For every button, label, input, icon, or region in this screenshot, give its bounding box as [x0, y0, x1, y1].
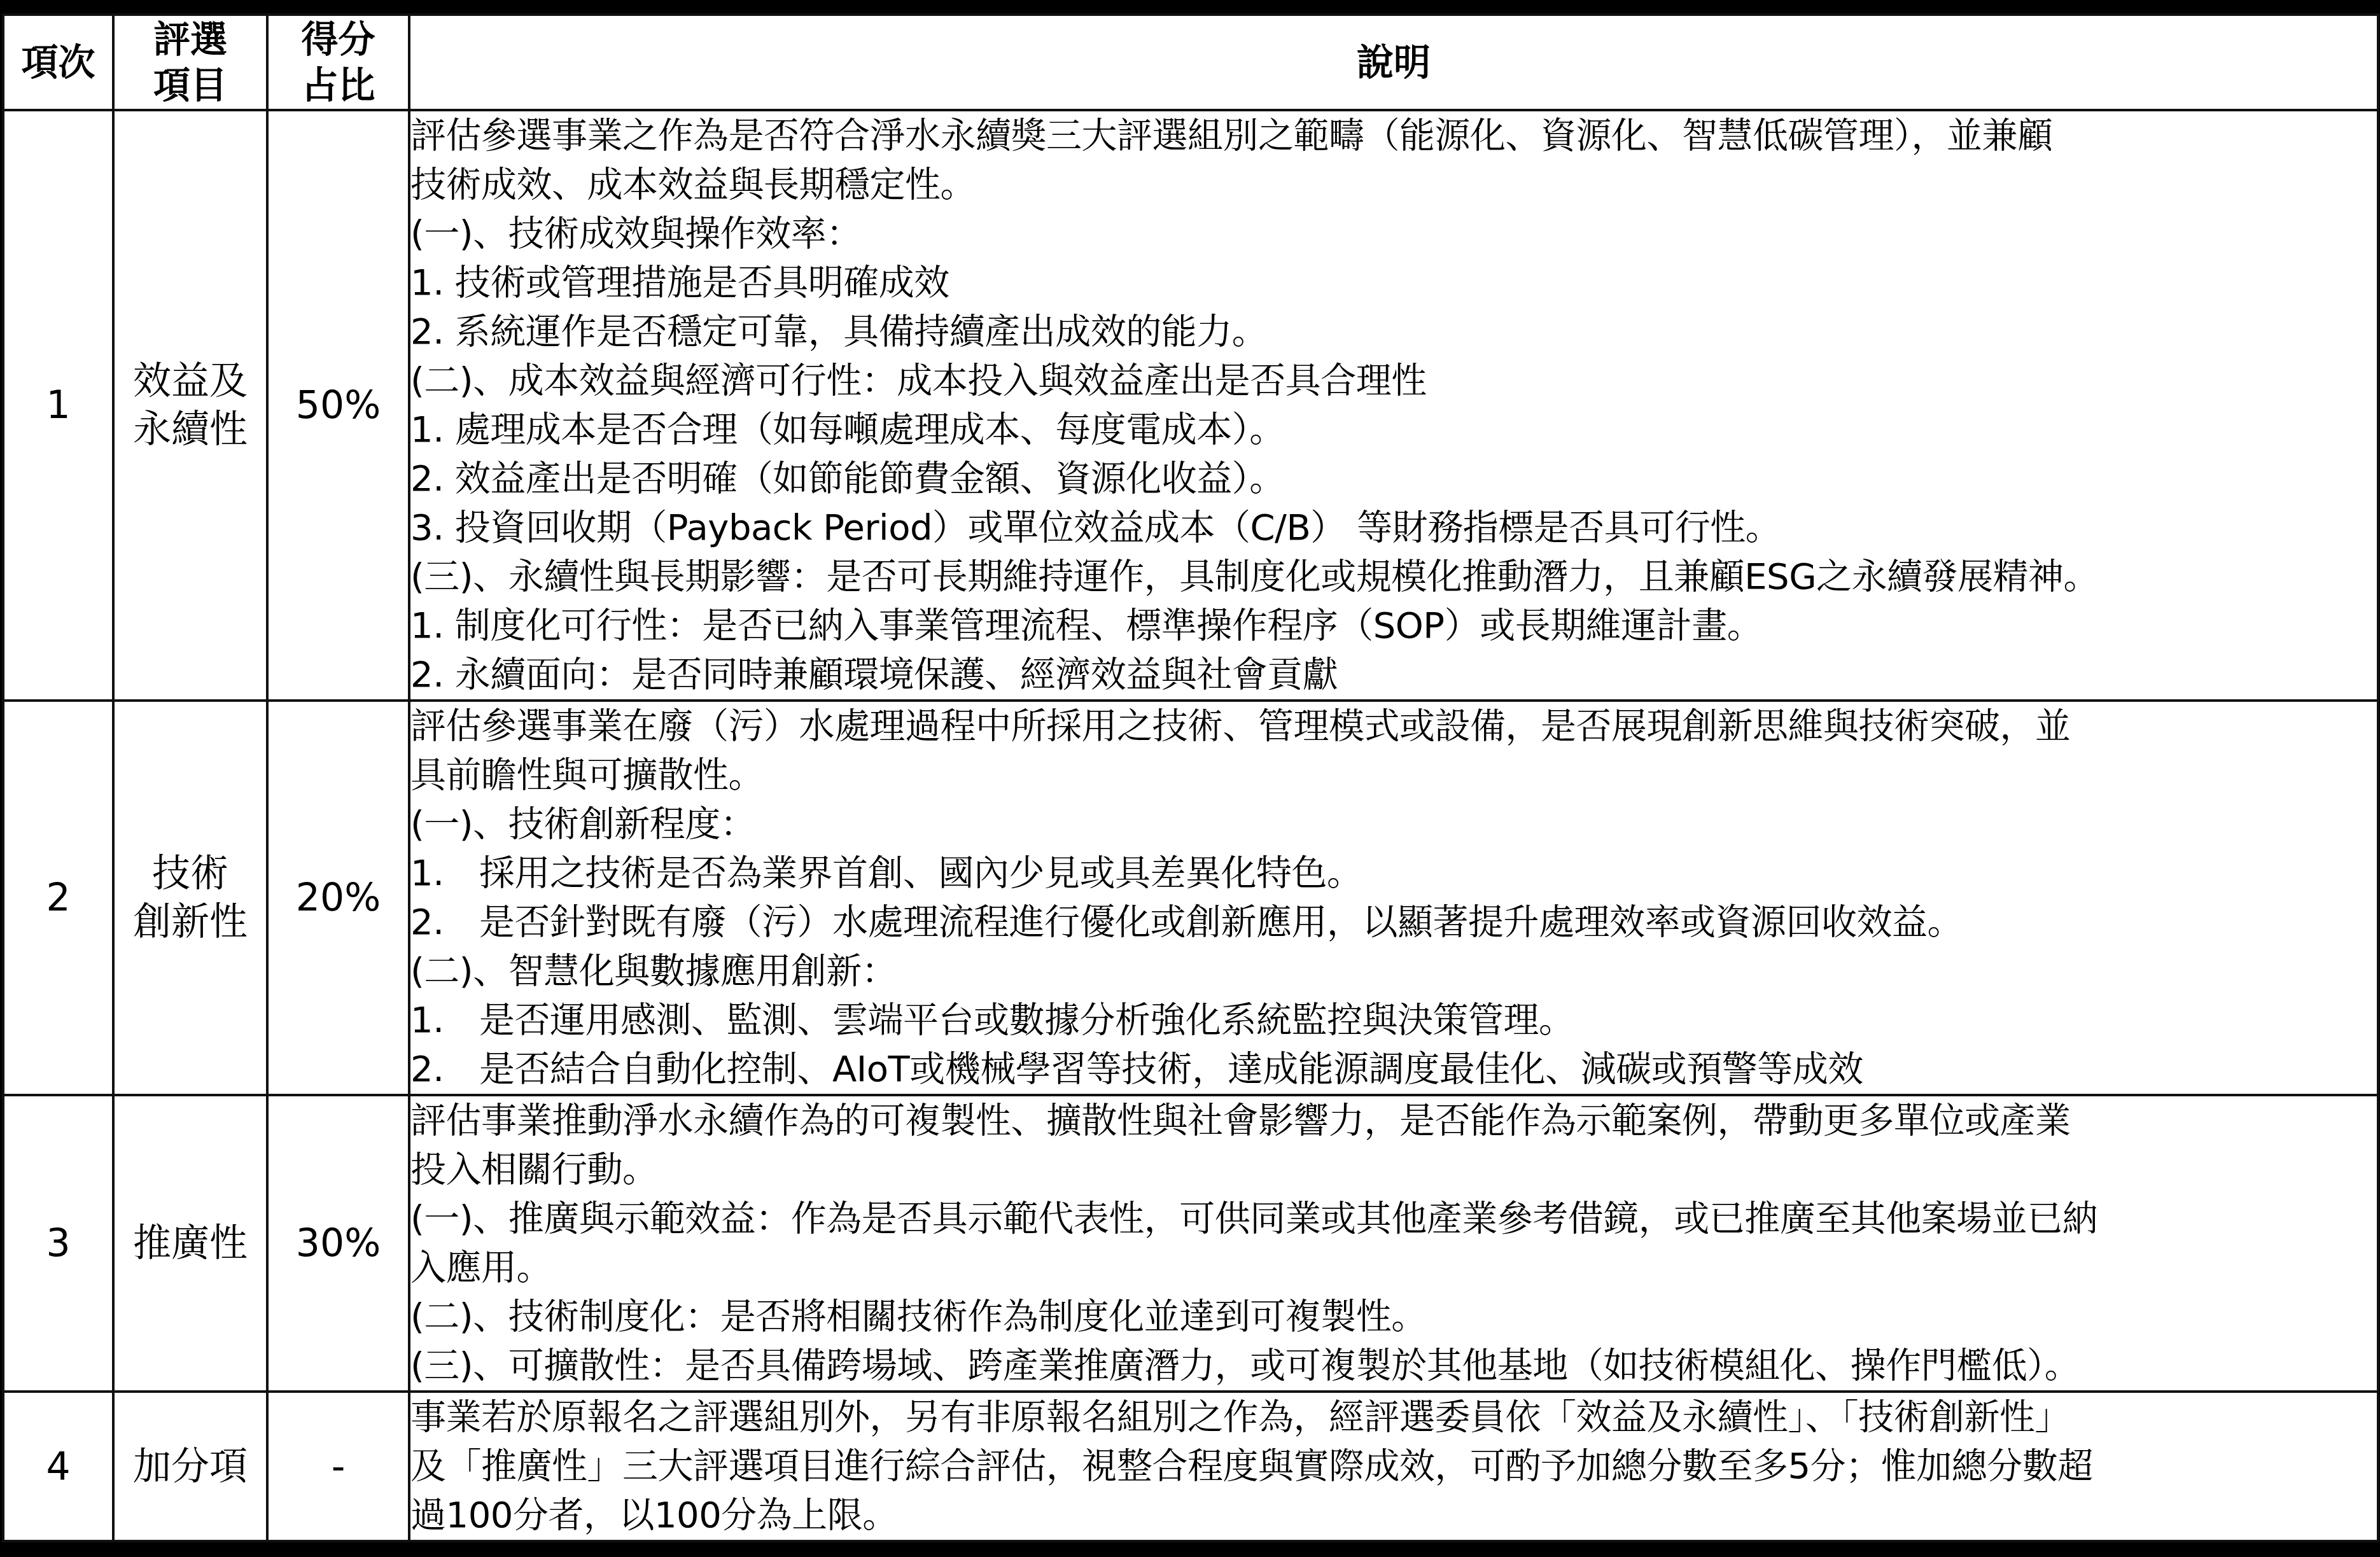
item-no-cell: 2: [3, 701, 113, 1095]
description-cell: 評估參選事業之作為是否符合淨水永續獎三大評選組別之範疇（能源化、資源化、智慧低碳…: [409, 110, 2378, 701]
description-line: 1. 採用之技術是否為業界首創、國內少見或具差異化特色。: [410, 849, 2377, 898]
table-row: 4 加分項 - 事業若於原報名之評選組別外，另有非原報名組別之作為，經評選委員依…: [3, 1392, 2378, 1541]
item-no-cell: 3: [3, 1095, 113, 1392]
header-weight: 得分 占比: [267, 15, 409, 110]
description-line: (一)、技術創新程度：: [410, 800, 2377, 849]
weight-cell: 20%: [267, 701, 409, 1095]
description-line: (二)、成本效益與經濟可行性：成本投入與效益產出是否具合理性: [410, 356, 2377, 405]
description-line: 2. 是否針對既有廢（污）水處理流程進行優化或創新應用，以顯著提升處理效率或資源…: [410, 898, 2377, 947]
description-line: 2. 永續面向：是否同時兼顧環境保護、經濟效益與社會貢獻: [410, 650, 2377, 699]
header-row: 項次 評選 項目 得分 占比 說明: [3, 15, 2378, 110]
document-page: 項次 評選 項目 得分 占比 說明 1 效益及: [0, 13, 2380, 1533]
description-cell: 評估事業推動淨水永續作為的可複製性、擴散性與社會影響力，是否能作為示範案例，帶動…: [409, 1095, 2378, 1392]
category-cell: 推廣性: [113, 1095, 267, 1392]
category-cell: 效益及 永續性: [113, 110, 267, 701]
description-line: 技術成效、成本效益與長期穩定性。: [410, 160, 2377, 209]
weight-cell: -: [267, 1392, 409, 1541]
description-line: 具前瞻性與可擴散性。: [410, 751, 2377, 800]
description-line: 1. 處理成本是否合理（如每噸處理成本、每度電成本）。: [410, 405, 2377, 454]
description-line: (二)、技術制度化：是否將相關技術作為制度化並達到可複製性。: [410, 1292, 2377, 1341]
weight-cell: 50%: [267, 110, 409, 701]
description-line: (一)、技術成效與操作效率：: [410, 209, 2377, 258]
table-row: 3 推廣性 30% 評估事業推動淨水永續作為的可複製性、擴散性與社會影響力，是否…: [3, 1095, 2378, 1392]
description-line: 投入相關行動。: [410, 1145, 2377, 1194]
table-row: 2 技術 創新性 20% 評估參選事業在廢（污）水處理過程中所採用之技術、管理模…: [3, 701, 2378, 1095]
header-description: 說明: [409, 15, 2378, 110]
description-line: 評估事業推動淨水永續作為的可複製性、擴散性與社會影響力，是否能作為示範案例，帶動…: [410, 1096, 2377, 1145]
description-line: (一)、推廣與示範效益：作為是否具示範代表性，可供同業或其他產業參考借鏡，或已推…: [410, 1194, 2377, 1243]
evaluation-criteria-table: 項次 評選 項目 得分 占比 說明 1 效益及: [2, 13, 2379, 1542]
item-no-cell: 4: [3, 1392, 113, 1541]
header-category: 評選 項目: [113, 15, 267, 110]
weight-cell: 30%: [267, 1095, 409, 1392]
description-line: 1. 技術或管理措施是否具明確成效: [410, 258, 2377, 307]
item-no-cell: 1: [3, 110, 113, 701]
description-line: 3. 投資回收期（Payback Period）或單位效益成本（C/B） 等財務…: [410, 503, 2377, 552]
description-line: 評估參選事業在廢（污）水處理過程中所採用之技術、管理模式或設備，是否展現創新思維…: [410, 702, 2377, 751]
description-line: 評估參選事業之作為是否符合淨水永續獎三大評選組別之範疇（能源化、資源化、智慧低碳…: [410, 111, 2377, 160]
description-line: (二)、智慧化與數據應用創新：: [410, 947, 2377, 996]
description-line: 1. 制度化可行性：是否已納入事業管理流程、標準操作程序（SOP）或長期維運計畫…: [410, 601, 2377, 650]
description-cell: 評估參選事業在廢（污）水處理過程中所採用之技術、管理模式或設備，是否展現創新思維…: [409, 701, 2378, 1095]
category-cell: 加分項: [113, 1392, 267, 1541]
description-line: 2. 系統運作是否穩定可靠，具備持續產出成效的能力。: [410, 307, 2377, 356]
description-cell: 事業若於原報名之評選組別外，另有非原報名組別之作為，經評選委員依「效益及永續性」…: [409, 1392, 2378, 1541]
description-line: 1. 是否運用感測、監測、雲端平台或數據分析強化系統監控與決策管理。: [410, 996, 2377, 1045]
description-line: 2. 是否結合自動化控制、AIoT或機械學習等技術，達成能源調度最佳化、減碳或預…: [410, 1045, 2377, 1094]
description-line: 及「推廣性」三大評選項目進行綜合評估，視整合程度與實際成效，可酌予加總分數至多5…: [410, 1442, 2377, 1491]
category-cell: 技術 創新性: [113, 701, 267, 1095]
description-line: (三)、永續性與長期影響：是否可長期維持運作，具制度化或規模化推動潛力，且兼顧E…: [410, 552, 2377, 601]
table-row: 1 效益及 永續性 50% 評估參選事業之作為是否符合淨水永續獎三大評選組別之範…: [3, 110, 2378, 701]
description-line: (三)、可擴散性：是否具備跨場域、跨產業推廣潛力，或可複製於其他基地（如技術模組…: [410, 1341, 2377, 1390]
description-line: 過100分者，以100分為上限。: [410, 1491, 2377, 1540]
description-line: 事業若於原報名之評選組別外，另有非原報名組別之作為，經評選委員依「效益及永續性」…: [410, 1393, 2377, 1442]
description-line: 入應用。: [410, 1243, 2377, 1292]
header-item-no: 項次: [3, 15, 113, 110]
description-line: 2. 效益產出是否明確（如節能節費金額、資源化收益）。: [410, 454, 2377, 503]
